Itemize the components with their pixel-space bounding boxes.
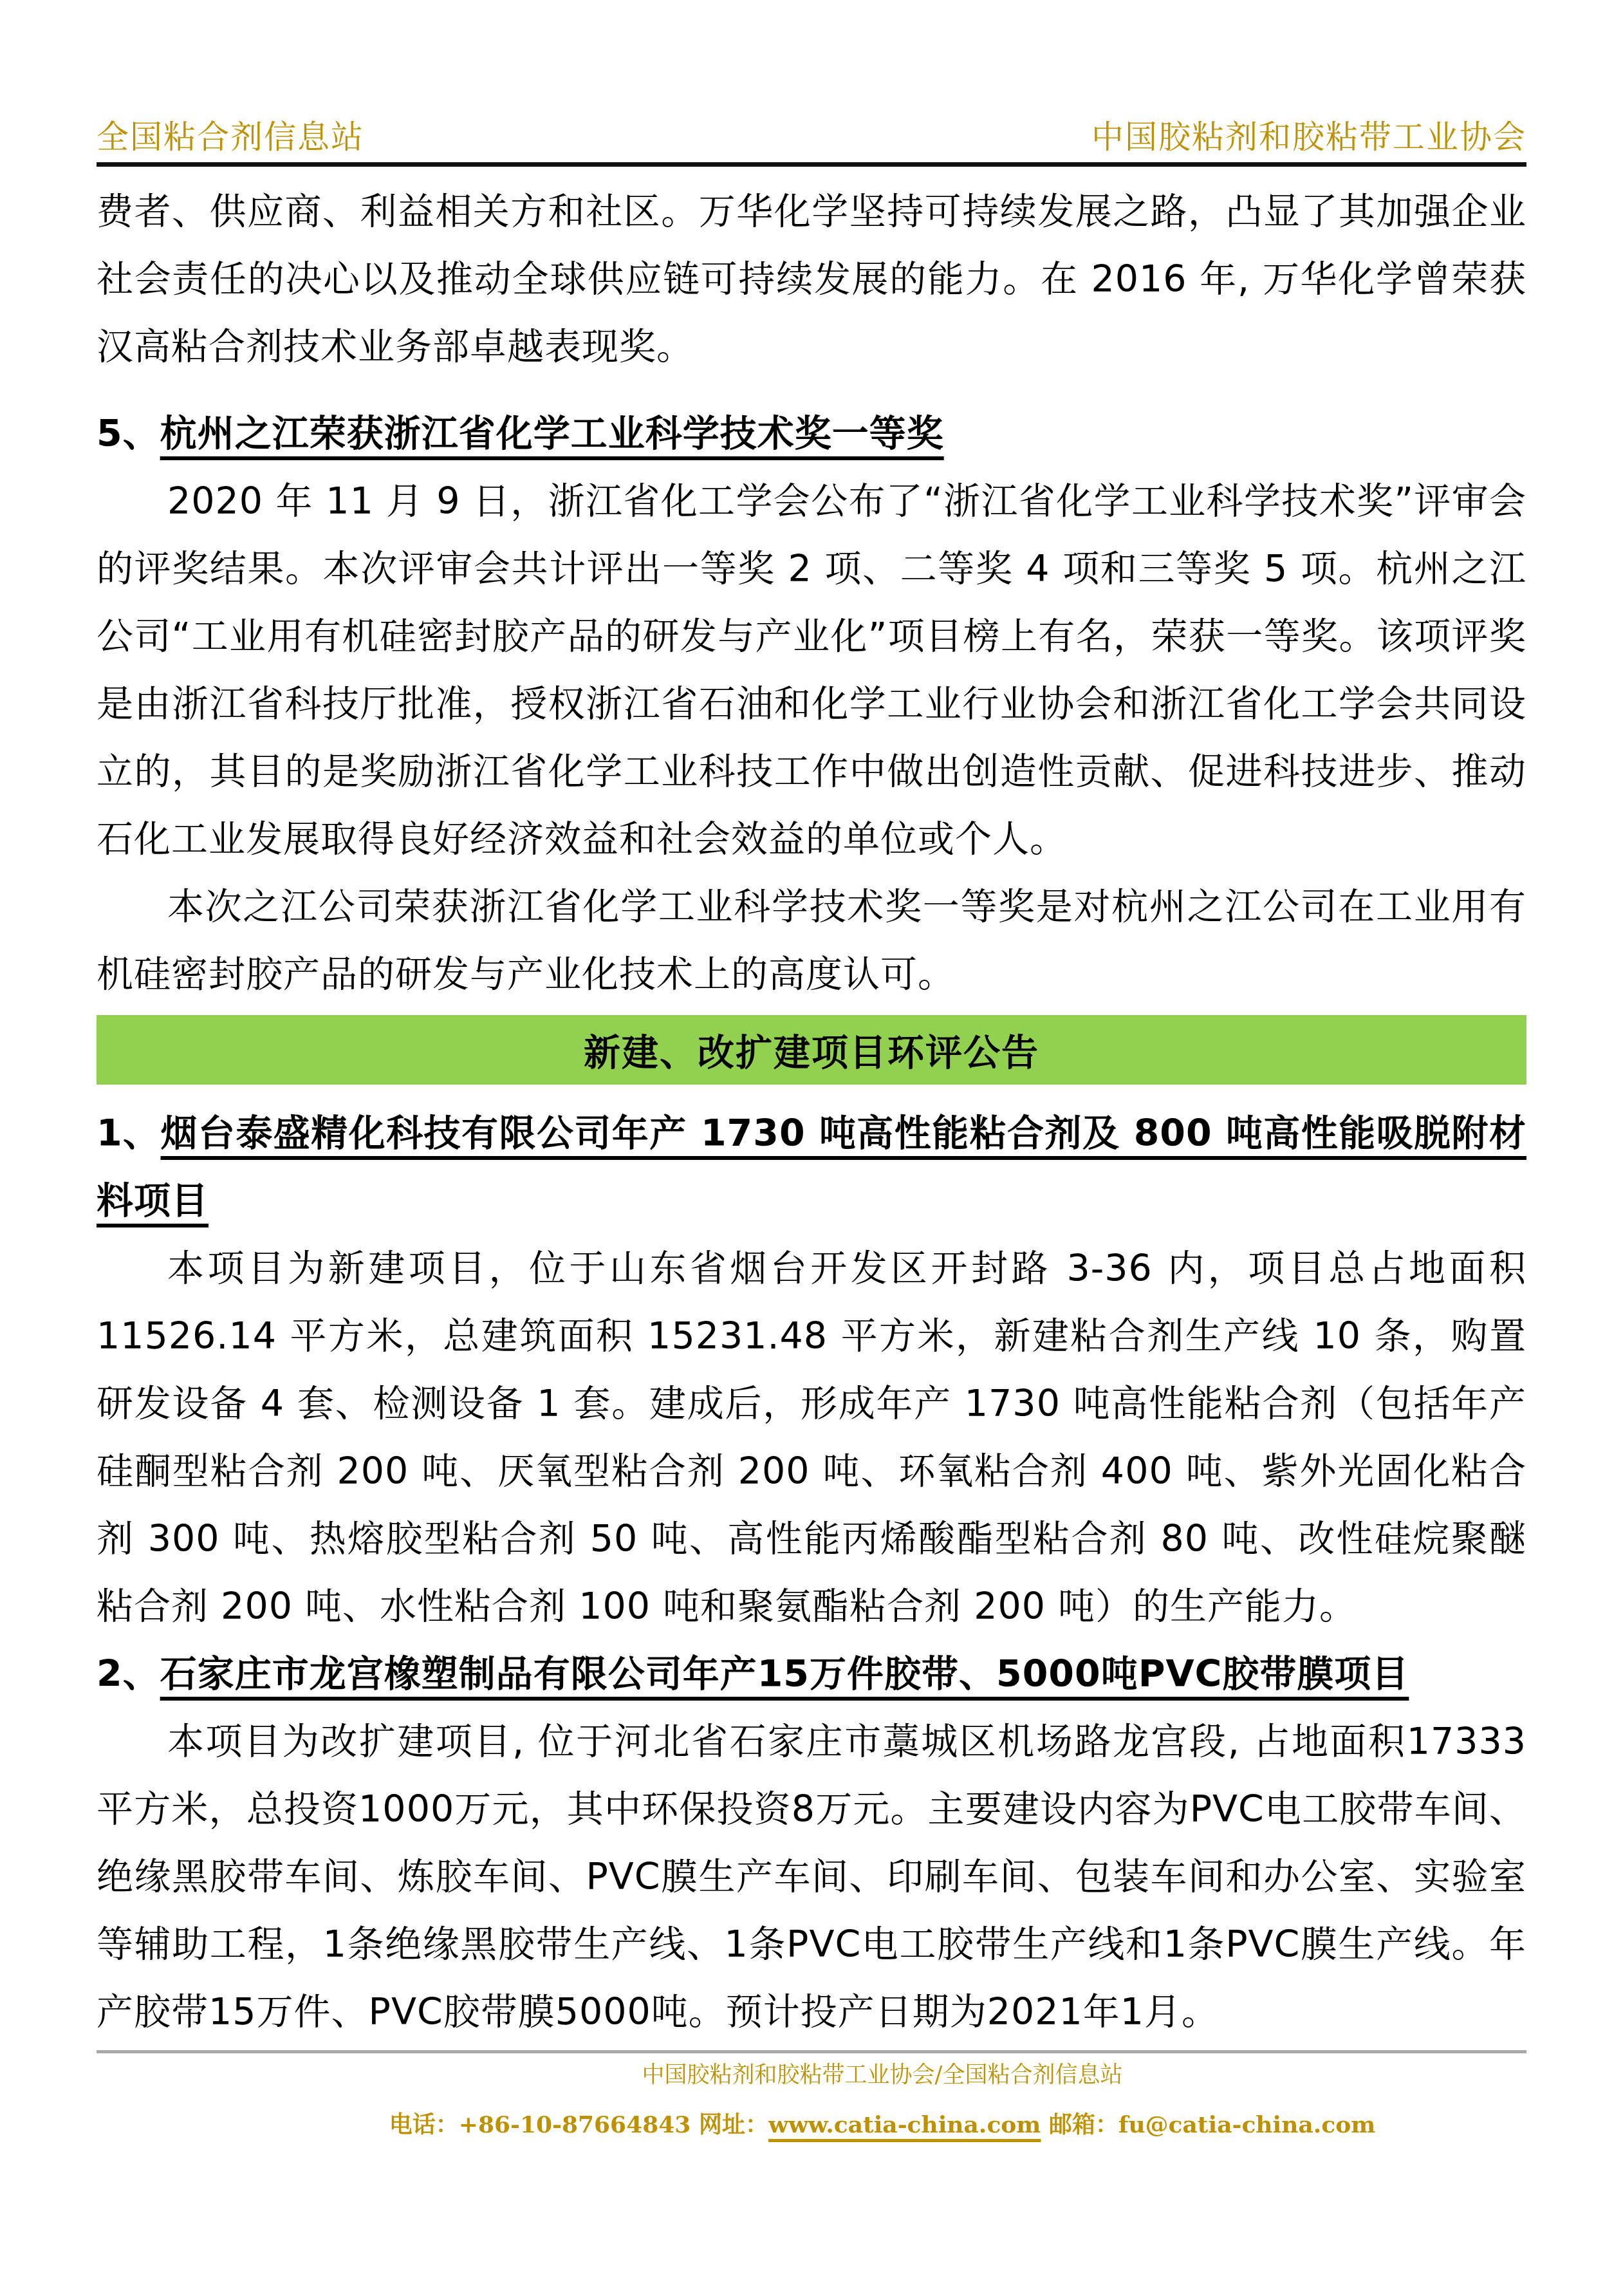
project-2-body: 本项目为改扩建项目, 位于河北省石家庄市藁城区机场路龙宫段, 占地面积17333… <box>97 1708 1526 2046</box>
footer-divider <box>97 2050 1526 2053</box>
intro-paragraph: 费者、供应商、利益相关方和社区。万华化学坚持可持续发展之路，凸显了其加强企业社会… <box>97 178 1526 381</box>
page-header: 全国粘合剂信息站 中国胶粘剂和胶粘带工业协会 <box>97 0 1526 167</box>
section-5-paragraph-1: 2020 年 11 月 9 日，浙江省化工学会公布了“浙江省化学工业科学技术奖”… <box>97 468 1526 873</box>
section-5-number: 5、 <box>97 413 160 455</box>
header-left-title: 全国粘合剂信息站 <box>97 121 364 153</box>
footer-email-segment: 邮箱：fu@catia-china.com <box>1041 2111 1375 2138</box>
project-1-body: 本项目为新建项目，位于山东省烟台开发区开封路 3-36 内，项目总占地面积 11… <box>97 1235 1526 1641</box>
project-2-heading: 2、石家庄市龙宫橡塑制品有限公司年产15万件胶带、5000吨PVC胶带膜项目 <box>97 1641 1526 1708</box>
document-page: 全国粘合剂信息站 中国胶粘剂和胶粘带工业协会 费者、供应商、利益相关方和社区。万… <box>0 0 1623 2296</box>
footer-organization-line: 中国胶粘剂和胶粘带工业协会/全国粘合剂信息站 <box>97 2061 1526 2089</box>
section-5-title: 杭州之江荣获浙江省化学工业科学技术奖一等奖 <box>160 413 944 455</box>
footer-website-link[interactable]: www.catia-china.com <box>768 2111 1041 2138</box>
banner-title: 新建、改扩建项目环评公告 <box>584 1023 1039 1076</box>
project-1-heading: 1、烟台泰盛精化科技有限公司年产 1730 吨高性能粘合剂及 800 吨高性能吸… <box>97 1100 1526 1235</box>
project-1-title: 烟台泰盛精化科技有限公司年产 1730 吨高性能粘合剂及 800 吨高性能吸脱附… <box>97 1112 1526 1222</box>
project-2-number: 2、 <box>97 1653 160 1695</box>
section-5-paragraph-2: 本次之江公司荣获浙江省化学工业科学技术奖一等奖是对杭州之江公司在工业用有机硅密封… <box>97 873 1526 1009</box>
header-right-title: 中国胶粘剂和胶粘带工业协会 <box>1091 121 1526 153</box>
section-banner: 新建、改扩建项目环评公告 <box>97 1015 1526 1085</box>
footer-phone-segment: 电话：+86-10-87664843 网址： <box>389 2111 768 2138</box>
section-5-heading: 5、杭州之江荣获浙江省化学工业科学技术奖一等奖 <box>97 400 1526 468</box>
project-2-title: 石家庄市龙宫橡塑制品有限公司年产15万件胶带、5000吨PVC胶带膜项目 <box>160 1653 1409 1695</box>
project-1-number: 1、 <box>97 1112 161 1155</box>
footer-contact-line: 电话：+86-10-87664843 网址：www.catia-china.co… <box>97 2110 1526 2140</box>
